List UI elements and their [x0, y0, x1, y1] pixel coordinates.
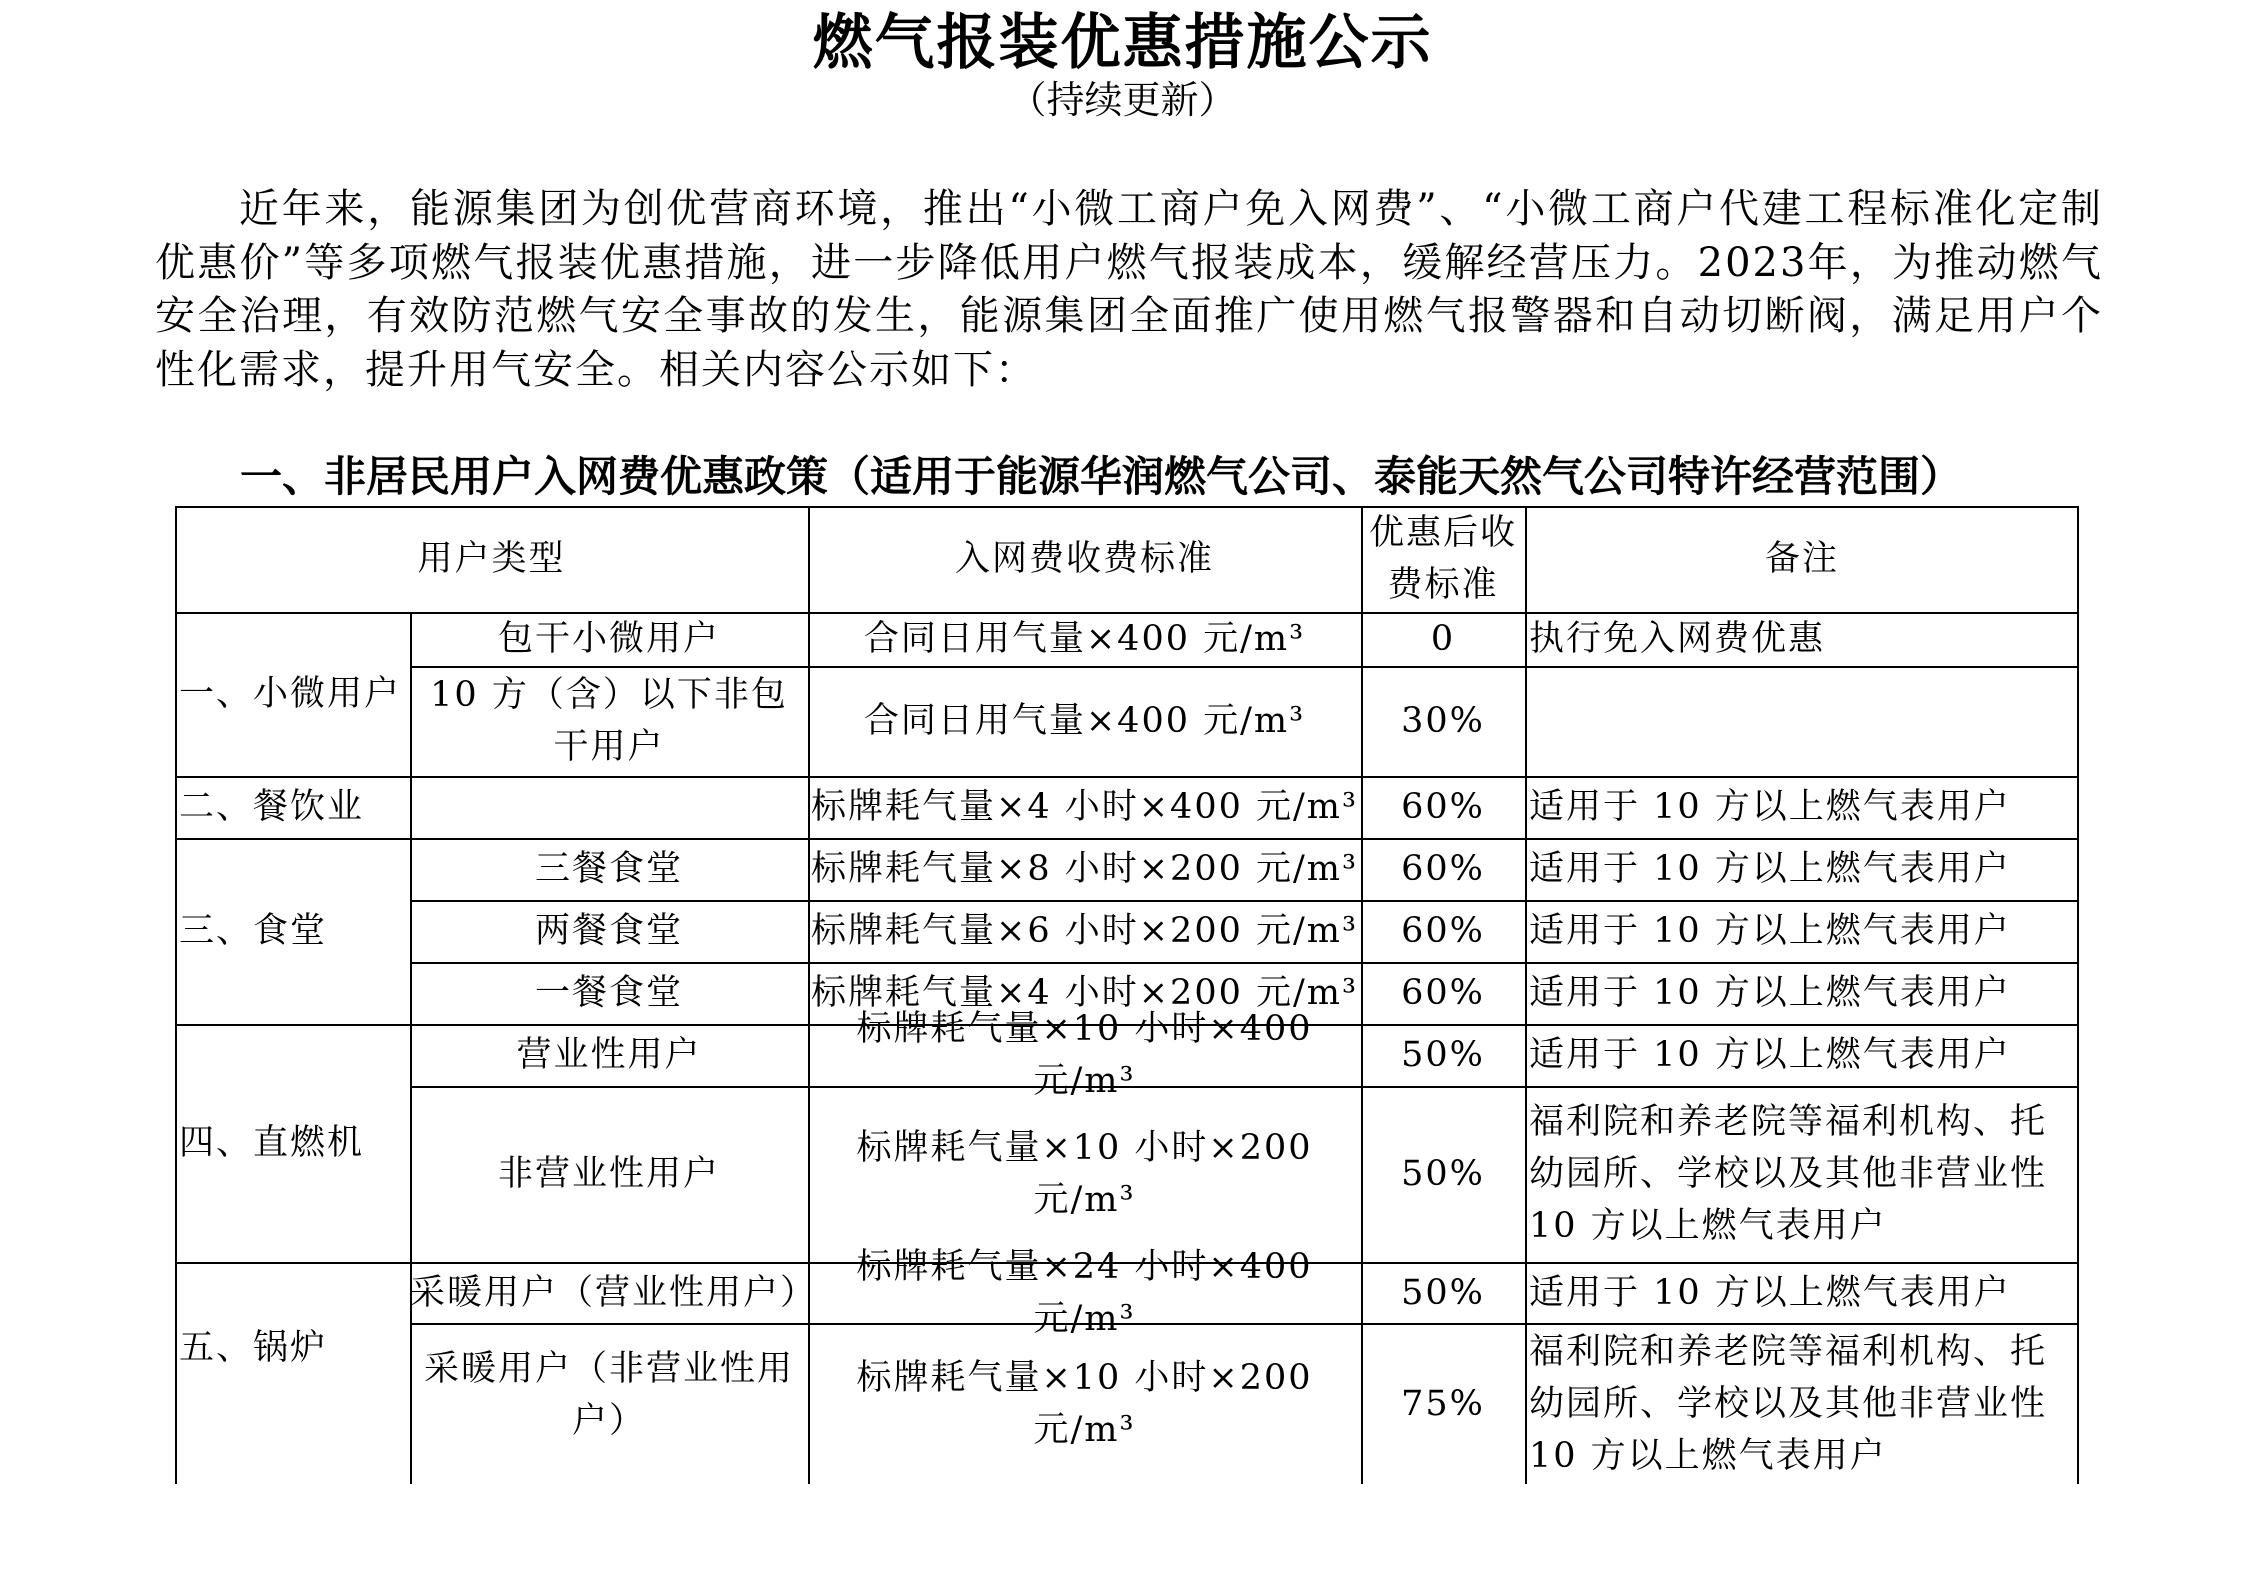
header-fee-standard: 入网费收费标准: [808, 506, 1361, 612]
fee-cell: 标牌耗气量×10 小时×200 元/m³: [808, 1086, 1361, 1262]
header-user-type: 用户类型: [175, 506, 808, 612]
fee-cell: 合同日用气量×400 元/m³: [808, 612, 1361, 666]
rate-cell: 50%: [1361, 1086, 1525, 1262]
rate-cell: 60%: [1361, 838, 1525, 900]
subtype-cell: 营业性用户: [410, 1024, 808, 1086]
remark-cell: [1525, 666, 2079, 776]
rate-cell: 0: [1361, 612, 1525, 666]
page-subtitle: （持续更新）: [0, 74, 2245, 126]
remark-cell: 适用于 10 方以上燃气表用户: [1525, 900, 2079, 962]
category-cell: 一、小微用户: [175, 612, 410, 776]
subtype-cell: 采暖用户（营业性用户）: [410, 1262, 808, 1323]
subtype-cell: 10 方（含）以下非包干用户: [410, 666, 808, 776]
subtype-cell: 包干小微用户: [410, 612, 808, 666]
section-heading: 一、非居民用户入网费优惠政策（适用于能源华润燃气公司、泰能天然气公司特许经营范围…: [240, 449, 1962, 505]
subtype-cell: [410, 776, 808, 838]
subtype-cell: 一餐食堂: [410, 962, 808, 1024]
remark-cell: 适用于 10 方以上燃气表用户: [1525, 1262, 2079, 1323]
rate-cell: 30%: [1361, 666, 1525, 776]
fee-cell: 标牌耗气量×24 小时×400 元/m³: [808, 1262, 1361, 1323]
remark-cell: 福利院和养老院等福利机构、托幼园所、学校以及其他非营业性 10 方以上燃气表用户: [1525, 1086, 2079, 1262]
subtype-cell: 两餐食堂: [410, 900, 808, 962]
page-title: 燃气报装优惠措施公示: [0, 8, 2245, 78]
fee-policy-table: 用户类型 入网费收费标准 优惠后收费标准 备注 一、小微用户 包干小微用户 合同…: [175, 506, 2079, 1484]
subtype-cell: 三餐食堂: [410, 838, 808, 900]
remark-cell: 适用于 10 方以上燃气表用户: [1525, 838, 2079, 900]
remark-cell: 适用于 10 方以上燃气表用户: [1525, 962, 2079, 1024]
fee-cell: 标牌耗气量×10 小时×200 元/m³: [808, 1323, 1361, 1484]
subtype-cell: 采暖用户（非营业性用户）: [410, 1323, 808, 1484]
remark-cell: 适用于 10 方以上燃气表用户: [1525, 776, 2079, 838]
category-cell: 四、直燃机: [175, 1024, 410, 1262]
category-cell: 五、锅炉: [175, 1262, 410, 1484]
remark-cell: 适用于 10 方以上燃气表用户: [1525, 1024, 2079, 1086]
rate-cell: 50%: [1361, 1024, 1525, 1086]
rate-cell: 50%: [1361, 1262, 1525, 1323]
fee-cell: 合同日用气量×400 元/m³: [808, 666, 1361, 776]
header-discounted-rate: 优惠后收费标准: [1361, 506, 1525, 612]
fee-cell: 标牌耗气量×10 小时×400 元/m³: [808, 1024, 1361, 1086]
fee-cell: 标牌耗气量×4 小时×400 元/m³: [808, 776, 1361, 838]
category-cell: 二、餐饮业: [175, 776, 410, 838]
subtype-cell: 非营业性用户: [410, 1086, 808, 1262]
fee-cell: 标牌耗气量×6 小时×200 元/m³: [808, 900, 1361, 962]
category-cell: 三、食堂: [175, 838, 410, 1024]
rate-cell: 60%: [1361, 776, 1525, 838]
intro-paragraph: 近年来，能源集团为创优营商环境，推出“小微工商户免入网费”、“小微工商户代建工程…: [155, 183, 2103, 397]
remark-cell: 执行免入网费优惠: [1525, 612, 2079, 666]
remark-cell: 福利院和养老院等福利机构、托幼园所、学校以及其他非营业性 10 方以上燃气表用户: [1525, 1323, 2079, 1484]
header-remarks: 备注: [1525, 506, 2079, 612]
rate-cell: 60%: [1361, 900, 1525, 962]
rate-cell: 75%: [1361, 1323, 1525, 1484]
fee-cell: 标牌耗气量×8 小时×200 元/m³: [808, 838, 1361, 900]
rate-cell: 60%: [1361, 962, 1525, 1024]
